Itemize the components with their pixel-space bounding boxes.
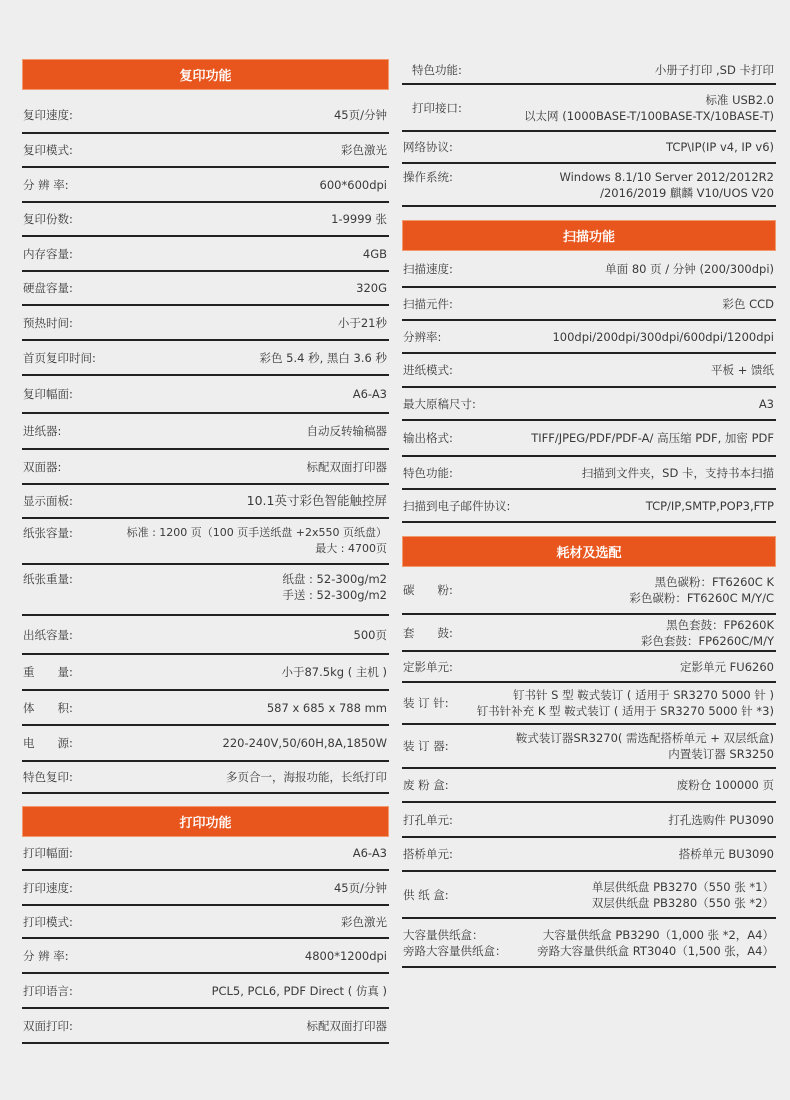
spec-row-memory: 内存容量: 4GB xyxy=(22,237,389,272)
spec-value: 多页合一，海报功能，长纸打印 xyxy=(226,769,387,785)
spec-value: 标配双面打印器 xyxy=(307,459,388,475)
spec-row-print-language: 打印语言: PCL5, PCL6, PDF Direct ( 仿真 ) xyxy=(22,974,389,1009)
spec-row-drum: 套 鼓: 黑色套鼓：FP6260K彩色套鼓：FP6260C/M/Y xyxy=(402,615,776,652)
spec-label: 定影单元: xyxy=(403,659,453,675)
spec-label: 预热时间: xyxy=(23,315,73,331)
spec-value: 彩色激光 xyxy=(341,142,387,158)
section-header-consumables: 耗材及选配 xyxy=(402,536,776,567)
spec-row-hdd: 硬盘容量: 320G xyxy=(22,272,389,306)
spec-row-output-capacity: 出纸容量: 500页 xyxy=(22,616,389,655)
spec-value: 搭桥单元 BU3090 xyxy=(679,846,774,862)
spec-label: 供 纸 盒: xyxy=(403,887,449,903)
section-header-print: 打印功能 xyxy=(22,806,389,837)
spec-label: 进纸模式: xyxy=(403,362,453,378)
section-header-scan: 扫描功能 xyxy=(402,220,776,251)
spec-value: 平板 + 馈纸 xyxy=(711,362,774,378)
spec-row-copy-mode: 复印模式: 彩色激光 xyxy=(22,134,389,168)
spec-row-duplex-print: 双面打印: 标配双面打印器 xyxy=(22,1009,389,1044)
spec-row-staples: 装 订 针: 钉书针 S 型 鞍式装订 ( 适用于 SR3270 5000 针 … xyxy=(402,683,776,725)
spec-value: 45页/分钟 xyxy=(334,880,387,896)
spec-row-first-copy: 首页复印时间: 彩色 5.4 秒, 黑白 3.6 秒 xyxy=(22,341,389,376)
spec-value: 钉书针 S 型 鞍式装订 ( 适用于 SR3270 5000 针 )钉书针补充 … xyxy=(477,687,774,719)
spec-value: 自动反转输稿器 xyxy=(307,423,388,439)
spec-value: 大容量供纸盒 PB3290（1,000 张 *2，A4）旁路大容量供纸盒 RT3… xyxy=(537,927,774,959)
spec-label: 复印模式: xyxy=(23,142,73,158)
spec-value: 标准 : 1200 页（100 页手送纸盘 +2x550 页纸盘）最大 : 47… xyxy=(127,525,387,557)
spec-label: 首页复印时间: xyxy=(23,350,96,366)
spec-value: 单层供纸盘 PB3270（550 张 *1）双层供纸盘 PB3280（550 张… xyxy=(592,879,774,911)
spec-row-dimensions: 体 积: 587 x 685 x 788 mm xyxy=(22,691,389,726)
spec-row-fuser: 定影单元: 定影单元 FU6260 xyxy=(402,652,776,683)
spec-label: 分辨率: xyxy=(403,329,441,345)
spec-row-output-format: 输出格式: TIFF/JPEG/PDF/PDF-A/ 高压缩 PDF, 加密 P… xyxy=(402,421,776,457)
spec-row-scan-resolution: 分辨率: 100dpi/200dpi/300dpi/600dpi/1200dpi xyxy=(402,321,776,354)
spec-value: A6-A3 xyxy=(353,845,387,861)
spec-label: 废 粉 盒: xyxy=(403,777,449,793)
spec-row-scan-speed: 扫描速度: 单面 80 页 / 分钟 (200/300dpi) xyxy=(402,251,776,288)
spec-value: 黑色套鼓：FP6260K彩色套鼓：FP6260C/M/Y xyxy=(641,617,774,649)
spec-label: 打印幅面: xyxy=(23,845,73,861)
spec-label: 套 鼓: xyxy=(403,625,453,641)
spec-row-scan-element: 扫描元件: 彩色 CCD xyxy=(402,288,776,321)
spec-label: 搭桥单元: xyxy=(403,846,453,862)
spec-value: 纸盘 : 52-300g/m2手送 : 52-300g/m2 xyxy=(282,571,387,603)
spec-value: 彩色 5.4 秒, 黑白 3.6 秒 xyxy=(259,350,387,366)
spec-label: 内存容量: xyxy=(23,246,73,262)
spec-row-scan-email: 扫描到电子邮件协议: TCP/IP,SMTP,POP3,FTP xyxy=(402,490,776,523)
spec-value: 单面 80 页 / 分钟 (200/300dpi) xyxy=(605,261,774,277)
spec-label: 打印语言: xyxy=(23,983,73,999)
spec-row-feed-mode: 进纸模式: 平板 + 馈纸 xyxy=(402,354,776,388)
spec-value: 10.1英寸彩色智能触控屏 xyxy=(247,493,387,509)
right-column: 特色功能: 小册子打印 ,SD 卡打印 打印接口: 标准 USB2.0以太网 (… xyxy=(402,57,776,968)
spec-value: 600*600dpi xyxy=(320,177,387,193)
spec-row-print-features: 特色功能: 小册子打印 ,SD 卡打印 xyxy=(402,57,776,85)
spec-label: 输出格式: xyxy=(403,430,453,446)
spec-label: 扫描到电子邮件协议: xyxy=(403,498,510,514)
spec-label: 特色功能: xyxy=(403,465,453,481)
spec-value: TCP/IP,SMTP,POP3,FTP xyxy=(646,498,774,514)
spec-row-copy-count: 复印份数: 1-9999 张 xyxy=(22,203,389,237)
spec-label: 硬盘容量: xyxy=(23,280,73,296)
spec-row-copy-features: 特色复印: 多页合一，海报功能，长纸打印 xyxy=(22,762,389,794)
spec-row-weight: 重 量: 小于87.5kg ( 主机 ) xyxy=(22,655,389,691)
spec-value: 45页/分钟 xyxy=(334,107,387,123)
spec-label: 特色功能: xyxy=(412,62,462,78)
spec-label: 体 积: xyxy=(23,700,73,716)
spec-label: 打印模式: xyxy=(23,914,73,930)
spec-label: 扫描速度: xyxy=(403,261,453,277)
spec-label: 打印速度: xyxy=(23,880,73,896)
spec-row-copy-speed: 复印速度: 45页/分钟 xyxy=(22,90,389,134)
spec-value: TIFF/JPEG/PDF/PDF-A/ 高压缩 PDF, 加密 PDF xyxy=(531,430,774,446)
spec-row-paper-weight: 纸张重量: 纸盘 : 52-300g/m2手送 : 52-300g/m2 xyxy=(22,565,389,616)
spec-row-max-original: 最大原稿尺寸: A3 xyxy=(402,388,776,421)
spec-label: 装 订 针: xyxy=(403,695,449,711)
spec-value: 彩色 CCD xyxy=(722,296,774,312)
spec-row-display: 显示面板: 10.1英寸彩色智能触控屏 xyxy=(22,485,389,519)
spec-label: 复印份数: xyxy=(23,211,73,227)
spec-label: 最大原稿尺寸: xyxy=(403,396,476,412)
spec-label: 复印速度: xyxy=(23,107,73,123)
spec-label: 电 源: xyxy=(23,735,73,751)
spec-value: 彩色激光 xyxy=(341,914,387,930)
section-header-copy: 复印功能 xyxy=(22,59,389,90)
spec-row-copy-size: 复印幅面: A6-A3 xyxy=(22,376,389,414)
spec-label: 纸张重量: xyxy=(23,571,73,587)
spec-row-network-protocol: 网络协议: TCP\IP(IP v4, IP v6) xyxy=(402,132,776,164)
spec-row-bridge-unit: 搭桥单元: 搭桥单元 BU3090 xyxy=(402,838,776,872)
spec-value: 标准 USB2.0以太网 (1000BASE-T/100BASE-TX/10BA… xyxy=(524,92,774,124)
spec-label: 网络协议: xyxy=(403,139,453,155)
spec-value: Windows 8.1/10 Server 2012/2012R2/2016/2… xyxy=(559,169,774,201)
spec-value: 4800*1200dpi xyxy=(305,948,387,964)
spec-value: 320G xyxy=(356,280,387,296)
spec-value: 黑色碳粉：FT6260C K彩色碳粉：FT6260C M/Y/C xyxy=(629,574,774,606)
spec-label: 特色复印: xyxy=(23,769,73,785)
spec-value: 鞍式装订器SR3270( 需选配搭桥单元 + 双层纸盒)内置装订器 SR3250 xyxy=(516,730,774,762)
spec-value: 打孔选购件 PU3090 xyxy=(668,812,774,828)
spec-value: A3 xyxy=(759,396,774,412)
spec-label: 进纸器: xyxy=(23,423,61,439)
spec-row-waste-toner: 废 粉 盒: 废粉仓 100000 页 xyxy=(402,769,776,803)
spec-label: 复印幅面: xyxy=(23,386,73,402)
spec-value: 废粉仓 100000 页 xyxy=(677,777,774,793)
spec-row-print-size: 打印幅面: A6-A3 xyxy=(22,837,389,871)
spec-row-print-speed: 打印速度: 45页/分钟 xyxy=(22,871,389,906)
spec-value: 587 x 685 x 788 mm xyxy=(267,700,387,716)
spec-label: 大容量供纸盒：旁路大容量供纸盒： xyxy=(403,927,507,959)
spec-row-paper-tray: 供 纸 盒: 单层供纸盘 PB3270（550 张 *1）双层供纸盘 PB328… xyxy=(402,872,776,919)
spec-row-power: 电 源: 220-240V,50/60H,8A,1850W xyxy=(22,726,389,762)
spec-row-os: 操作系统: Windows 8.1/10 Server 2012/2012R2/… xyxy=(402,164,776,207)
spec-value: 扫描到文件夹，SD 卡，支持书本扫描 xyxy=(582,465,774,481)
spec-value: 小于21秒 xyxy=(338,315,387,331)
spec-label: 操作系统: xyxy=(403,169,453,185)
spec-row-print-interface: 打印接口: 标准 USB2.0以太网 (1000BASE-T/100BASE-T… xyxy=(402,85,776,132)
spec-row-feeder: 进纸器: 自动反转输稿器 xyxy=(22,414,389,450)
spec-label: 打孔单元: xyxy=(403,812,453,828)
spec-label: 分 辨 率: xyxy=(23,948,69,964)
spec-value: 标配双面打印器 xyxy=(307,1018,388,1034)
spec-label: 纸张容量: xyxy=(23,525,73,541)
spec-row-paper-capacity: 纸张容量: 标准 : 1200 页（100 页手送纸盘 +2x550 页纸盘）最… xyxy=(22,519,389,565)
spec-row-print-mode: 打印模式: 彩色激光 xyxy=(22,906,389,939)
spec-value: 定影单元 FU6260 xyxy=(680,659,774,675)
spec-label: 出纸容量: xyxy=(23,627,73,643)
spec-value: 小册子打印 ,SD 卡打印 xyxy=(655,62,774,78)
spec-row-duplexer: 双面器: 标配双面打印器 xyxy=(22,450,389,485)
spec-row-stapler: 装 订 器: 鞍式装订器SR3270( 需选配搭桥单元 + 双层纸盒)内置装订器… xyxy=(402,725,776,769)
spec-label: 打印接口: xyxy=(412,100,462,116)
spec-value: PCL5, PCL6, PDF Direct ( 仿真 ) xyxy=(212,983,387,999)
spec-row-large-capacity-tray: 大容量供纸盒：旁路大容量供纸盒： 大容量供纸盒 PB3290（1,000 张 *… xyxy=(402,919,776,968)
spec-row-warmup: 预热时间: 小于21秒 xyxy=(22,306,389,341)
spec-label: 双面打印: xyxy=(23,1018,73,1034)
spec-value: 1-9999 张 xyxy=(331,211,387,227)
spec-value: 4GB xyxy=(363,246,387,262)
spec-label: 分 辨 率: xyxy=(23,177,69,193)
spec-label: 扫描元件: xyxy=(403,296,453,312)
spec-row-toner: 碳 粉: 黑色碳粉：FT6260C K彩色碳粉：FT6260C M/Y/C xyxy=(402,567,776,615)
spec-row-scan-features: 特色功能: 扫描到文件夹，SD 卡，支持书本扫描 xyxy=(402,457,776,490)
spec-label: 双面器: xyxy=(23,459,61,475)
left-column: 复印功能 复印速度: 45页/分钟 复印模式: 彩色激光 分 辨 率: 600*… xyxy=(22,59,389,1044)
spec-value: 小于87.5kg ( 主机 ) xyxy=(281,664,387,680)
spec-value: 100dpi/200dpi/300dpi/600dpi/1200dpi xyxy=(552,329,774,345)
spec-value: 500页 xyxy=(354,627,387,643)
spec-row-print-resolution: 分 辨 率: 4800*1200dpi xyxy=(22,939,389,974)
spec-value: TCP\IP(IP v4, IP v6) xyxy=(666,139,774,155)
spec-row-copy-resolution: 分 辨 率: 600*600dpi xyxy=(22,168,389,203)
spec-value: 220-240V,50/60H,8A,1850W xyxy=(223,735,388,751)
spec-label: 装 订 器: xyxy=(403,738,449,754)
spec-label: 重 量: xyxy=(23,664,73,680)
spec-value: A6-A3 xyxy=(353,386,387,402)
spec-label: 碳 粉: xyxy=(403,582,453,598)
spec-label: 显示面板: xyxy=(23,493,73,509)
spec-row-punch-unit: 打孔单元: 打孔选购件 PU3090 xyxy=(402,803,776,838)
